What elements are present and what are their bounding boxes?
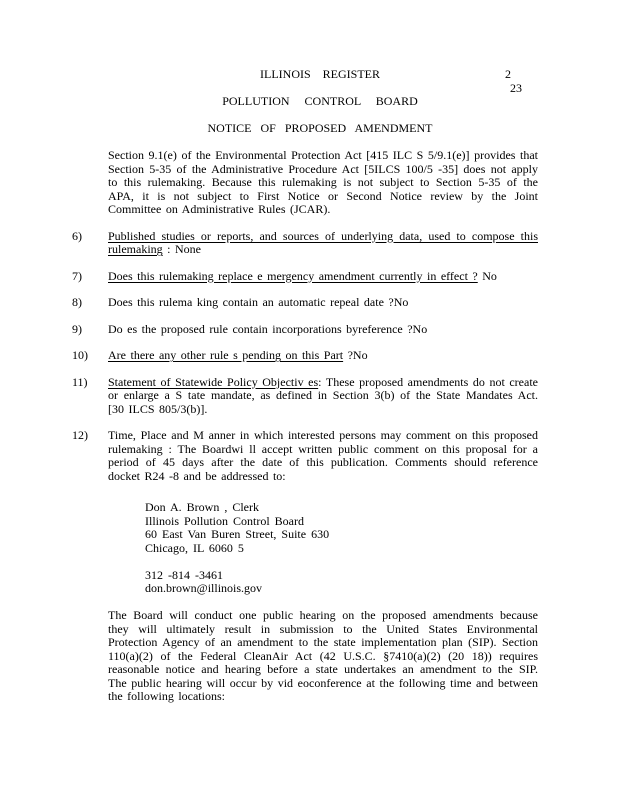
intro-paragraph: Section 9.1(e) of the Environmental Prot… (108, 149, 538, 217)
page-number: 2 (505, 68, 511, 82)
list-item-12: 12) Time, Place and M anner in which int… (72, 429, 538, 483)
item-rest-text: Time, Place and M anner in which interes… (108, 428, 538, 483)
item-number: 11) (72, 376, 108, 417)
address-line-street: 60 East Van Buren Street, Suite 630 (145, 528, 538, 542)
list-item-6: 6) Published studies or reports, and sou… (72, 230, 538, 257)
address-line-name: Don A. Brown , Clerk (145, 501, 538, 515)
item-number: 7) (72, 270, 108, 284)
address-line-org: Illinois Pollution Control Board (145, 515, 538, 529)
item-rest-text: Do es the proposed rule contain incorpor… (108, 322, 427, 336)
clerk-address-block: Don A. Brown , Clerk Illinois Pollution … (145, 501, 538, 555)
register-title: ILLINOIS REGISTER (260, 67, 380, 81)
item-rest-text: ?No (343, 348, 368, 362)
item-text: Statement of Statewide Policy Objectiv e… (108, 376, 538, 417)
board-title: POLLUTION CONTROL BOARD (22, 95, 618, 109)
item-rest-text: Does this rulema king contain an automat… (108, 295, 408, 309)
closing-paragraph: The Board will conduct one public hearin… (108, 609, 538, 704)
list-item-7: 7) Does this rulemaking replace e mergen… (72, 270, 538, 284)
item-underlined-text: Are there any other rule s pending on th… (108, 348, 343, 362)
issue-number: 23 (510, 81, 522, 95)
item-number: 8) (72, 296, 108, 310)
item-number: 10) (72, 349, 108, 363)
notice-title: NOTICE OF PROPOSED AMENDMENT (22, 122, 618, 136)
item-number: 12) (72, 429, 108, 483)
document-page: ILLINOIS REGISTER 2 23 POLLUTION CONTROL… (0, 0, 618, 800)
item-text: Does this rulemaking replace e mergency … (108, 270, 538, 284)
document-header: ILLINOIS REGISTER 2 23 POLLUTION CONTROL… (22, 68, 618, 136)
list-item-9: 9) Do es the proposed rule contain incor… (72, 323, 538, 337)
list-item-10: 10) Are there any other rule s pending o… (72, 349, 538, 363)
header-title-row: ILLINOIS REGISTER 2 (22, 68, 618, 82)
item-text: Published studies or reports, and source… (108, 230, 538, 257)
list-item-8: 8) Does this rulema king contain an auto… (72, 296, 538, 310)
item-text: Does this rulema king contain an automat… (108, 296, 538, 310)
item-underlined-text: Does this rulemaking replace e mergency … (108, 269, 478, 283)
item-rest-text: No (478, 269, 497, 283)
header-issue-row: 23 (22, 82, 618, 96)
contact-block: 312 -814 -3461 don.brown@illinois.gov (145, 569, 538, 596)
item-text: Time, Place and M anner in which interes… (108, 429, 538, 483)
email-address: don.brown@illinois.gov (145, 582, 538, 596)
address-line-city: Chicago, IL 6060 5 (145, 542, 538, 556)
phone-number: 312 -814 -3461 (145, 569, 538, 583)
item-number: 6) (72, 230, 108, 257)
item-rest-text: : None (163, 242, 201, 256)
item-underlined-text: Statement of Statewide Policy Objectiv e… (108, 375, 318, 389)
item-text: Are there any other rule s pending on th… (108, 349, 538, 363)
item-number: 9) (72, 323, 108, 337)
list-item-11: 11) Statement of Statewide Policy Object… (72, 376, 538, 417)
item-text: Do es the proposed rule contain incorpor… (108, 323, 538, 337)
document-body: Section 9.1(e) of the Environmental Prot… (72, 149, 538, 704)
